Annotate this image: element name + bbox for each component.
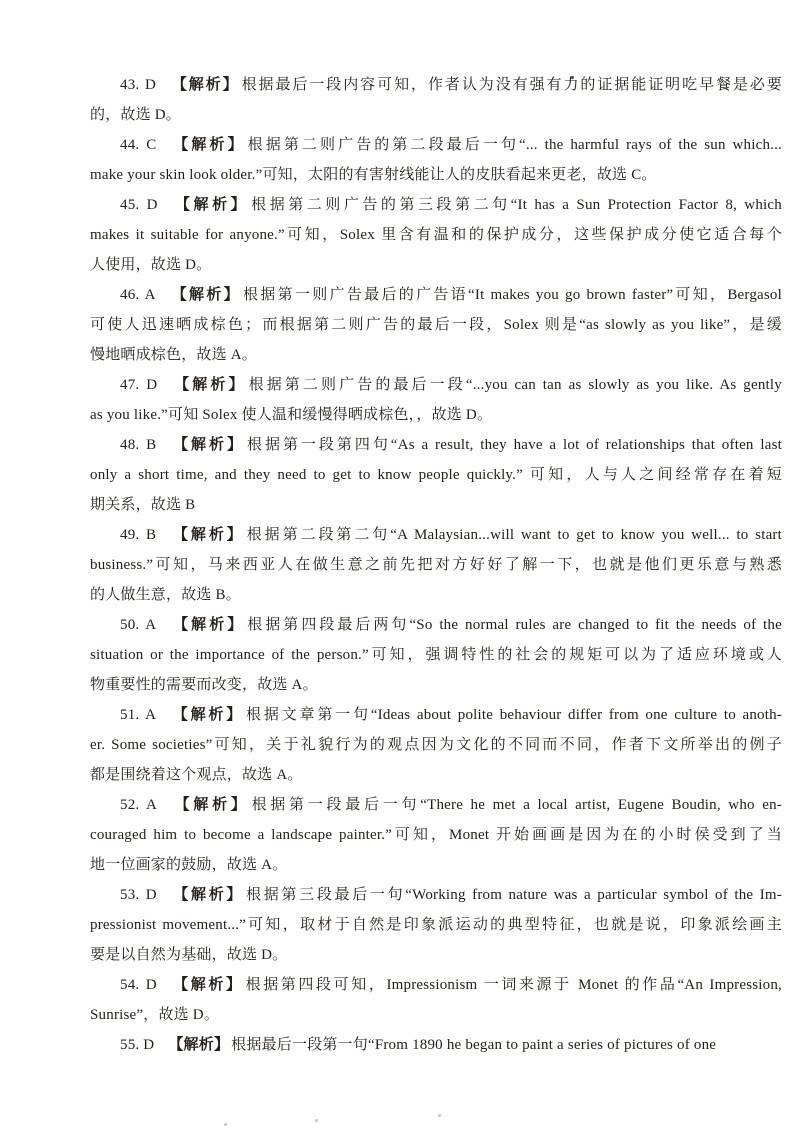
answer-item: 51. A【解析】根据文章第一句“Ideas about polite beha… [90,700,782,790]
answer-first-line: 50. A【解析】根据第四段最后两句“So the normal rules a… [90,610,782,640]
answer-line: 的，故选 D。 [90,100,782,130]
analysis-tag: 【解析】 [170,76,240,93]
answer-line: 期关系，故选 B [90,490,782,520]
analysis-tag: 【解析】 [170,706,244,723]
question-number-answer: 46. A [120,287,156,303]
question-number-answer: 52. A [120,797,157,813]
answer-line: business.”可知，马来西亚人在做生意之前先把对方好好了解一下，也就是他们… [90,550,782,580]
scan-speck [315,1119,318,1122]
answer-first-line: 44. C【解析】根据第二则广告的第二段最后一句“... the harmful… [90,130,782,160]
answer-item: 46. A【解析】根据第一则广告最后的广告语“It makes you go b… [90,280,782,370]
analysis-tag: 【解析】 [170,526,244,543]
answer-first-line: 43. D【解析】根据最后一段内容可知，作者认为没有强有力的证据能证明吃早餐是必… [90,70,782,100]
analysis-text: 根据第二段第二句“A Malaysian...will want to get … [247,527,782,543]
analysis-text: 根据最后一段第一句“From 1890 he began to paint a … [231,1037,716,1053]
analysis-text: 根据第四段最后两句“So the normal rules are change… [247,617,782,633]
question-number-answer: 51. A [120,707,156,723]
question-number-answer: 43. D [120,77,156,93]
analysis-tag: 【解析】 [168,1036,229,1053]
answer-first-line: 52. A【解析】根据第一段最后一句“There he met a local … [90,790,782,820]
scanned-page: 43. D【解析】根据最后一段内容可知，作者认为没有强有力的证据能证明吃早餐是必… [0,0,800,1145]
question-number-answer: 47. D [120,377,157,393]
analysis-tag: 【解析】 [172,196,249,213]
scan-speck [438,1114,441,1117]
answer-line: situation or the importance of the perso… [90,640,782,670]
answer-line: 都是围绕着这个观点，故选 A。 [90,760,782,790]
answer-line: make your skin look older.”可知，太阳的有害射线能让人… [90,160,782,190]
analysis-text: 根据文章第一句“Ideas about polite behaviour dif… [246,707,782,723]
answer-first-line: 49. B【解析】根据第二段第二句“A Malaysian...will wan… [90,520,782,550]
answer-line: only a short time, and they need to get … [90,460,782,490]
answer-first-line: 45. D【解析】根据第二则广告的第三段第二句“It has a Sun Pro… [90,190,782,220]
answer-item: 48. B【解析】根据第一段第四句“As a result, they have… [90,430,782,520]
analysis-text: 根据第一段第四句“As a result, they have a lot of… [247,437,782,453]
answer-first-line: 48. B【解析】根据第一段第四句“As a result, they have… [90,430,782,460]
answer-first-line: 55. D【解析】根据最后一段第一句“From 1890 he began to… [90,1030,782,1060]
analysis-text: 根据第一段最后一句“There he met a local artist, E… [252,797,782,813]
answer-item: 55. D【解析】根据最后一段第一句“From 1890 he began to… [90,1030,782,1060]
analysis-text: 根据第四段可知，Impressionism 一词来源于 Monet 的作品“An… [246,977,782,993]
analysis-tag: 【解析】 [171,886,244,903]
answer-item: 52. A【解析】根据第一段最后一句“There he met a local … [90,790,782,880]
answer-line: 要是以自然为基础，故选 D。 [90,940,782,970]
answer-line: as you like.”可知 Solex 使人温和缓慢得晒成棕色，，故选 D。 [90,400,782,430]
answer-item: 43. D【解析】根据最后一段内容可知，作者认为没有强有力的证据能证明吃早餐是必… [90,70,782,130]
analysis-text: 根据第二则广告的最后一段“...you can tan as slowly as… [249,377,782,393]
answer-first-line: 51. A【解析】根据文章第一句“Ideas about polite beha… [90,700,782,730]
answer-line: couraged him to become a landscape paint… [90,820,782,850]
analysis-text: 根据第一则广告最后的广告语“It makes you go brown fast… [243,287,782,303]
answer-item: 44. C【解析】根据第二则广告的第二段最后一句“... the harmful… [90,130,782,190]
answer-line: er. Some societies”可知，关于礼貌行为的观点因为文化的不同而不… [90,730,782,760]
answer-line: makes it suitable for anyone.”可知，Solex 里… [90,220,782,250]
answer-line: Sunrise”，故选 D。 [90,1000,782,1030]
answer-first-line: 47. D【解析】根据第二则广告的最后一段“...you can tan as … [90,370,782,400]
answer-line: 地一位画家的鼓励，故选 A。 [90,850,782,880]
analysis-tag: 【解析】 [170,136,245,153]
question-number-answer: 48. B [120,437,156,453]
analysis-tag: 【解析】 [171,796,250,813]
answer-first-line: 53. D【解析】根据第三段最后一句“Working from nature w… [90,880,782,910]
analysis-tag: 【解析】 [171,376,246,393]
question-number-answer: 55. D [120,1037,154,1053]
answer-item: 49. B【解析】根据第二段第二句“A Malaysian...will wan… [90,520,782,610]
analysis-tag: 【解析】 [170,286,241,303]
analysis-tag: 【解析】 [171,976,244,993]
answer-first-line: 46. A【解析】根据第一则广告最后的广告语“It makes you go b… [90,280,782,310]
question-number-answer: 50. A [120,617,156,633]
analysis-text: 根据第二则广告的第二段最后一句“... the harmful rays of … [248,137,782,153]
scan-speck [224,1123,227,1126]
answer-line: pressionist movement...”可知，取材于自然是印象派运动的典… [90,910,782,940]
answer-item: 45. D【解析】根据第二则广告的第三段第二句“It has a Sun Pro… [90,190,782,280]
analysis-text: 根据最后一段内容可知，作者认为没有强有力的证据能证明吃早餐是必要 [242,77,782,93]
question-number-answer: 49. B [120,527,156,543]
answer-item: 47. D【解析】根据第二则广告的最后一段“...you can tan as … [90,370,782,430]
answer-line: 物重要性的需要而改变，故选 A。 [90,670,782,700]
question-number-answer: 53. D [120,887,157,903]
question-number-answer: 44. C [120,137,156,153]
answer-line: 的人做生意，故选 B。 [90,580,782,610]
analysis-text: 根据第二则广告的第三段第二句“It has a Sun Protection F… [251,197,782,213]
answer-list: 43. D【解析】根据最后一段内容可知，作者认为没有强有力的证据能证明吃早餐是必… [90,70,782,1060]
analysis-tag: 【解析】 [170,436,245,453]
question-number-answer: 45. D [120,197,158,213]
answer-item: 50. A【解析】根据第四段最后两句“So the normal rules a… [90,610,782,700]
analysis-tag: 【解析】 [170,616,245,633]
question-number-answer: 54. D [120,977,157,993]
answer-line: 慢地晒成棕色，故选 A。 [90,340,782,370]
answer-line: 可使人迅速晒成棕色；而根据第二则广告的最后一段，Solex 则是“as slow… [90,310,782,340]
answer-item: 53. D【解析】根据第三段最后一句“Working from nature w… [90,880,782,970]
answer-line: 人使用，故选 D。 [90,250,782,280]
answer-item: 54. D【解析】根据第四段可知，Impressionism 一词来源于 Mon… [90,970,782,1030]
analysis-text: 根据第三段最后一句“Working from nature was a part… [246,887,782,903]
answer-first-line: 54. D【解析】根据第四段可知，Impressionism 一词来源于 Mon… [90,970,782,1000]
